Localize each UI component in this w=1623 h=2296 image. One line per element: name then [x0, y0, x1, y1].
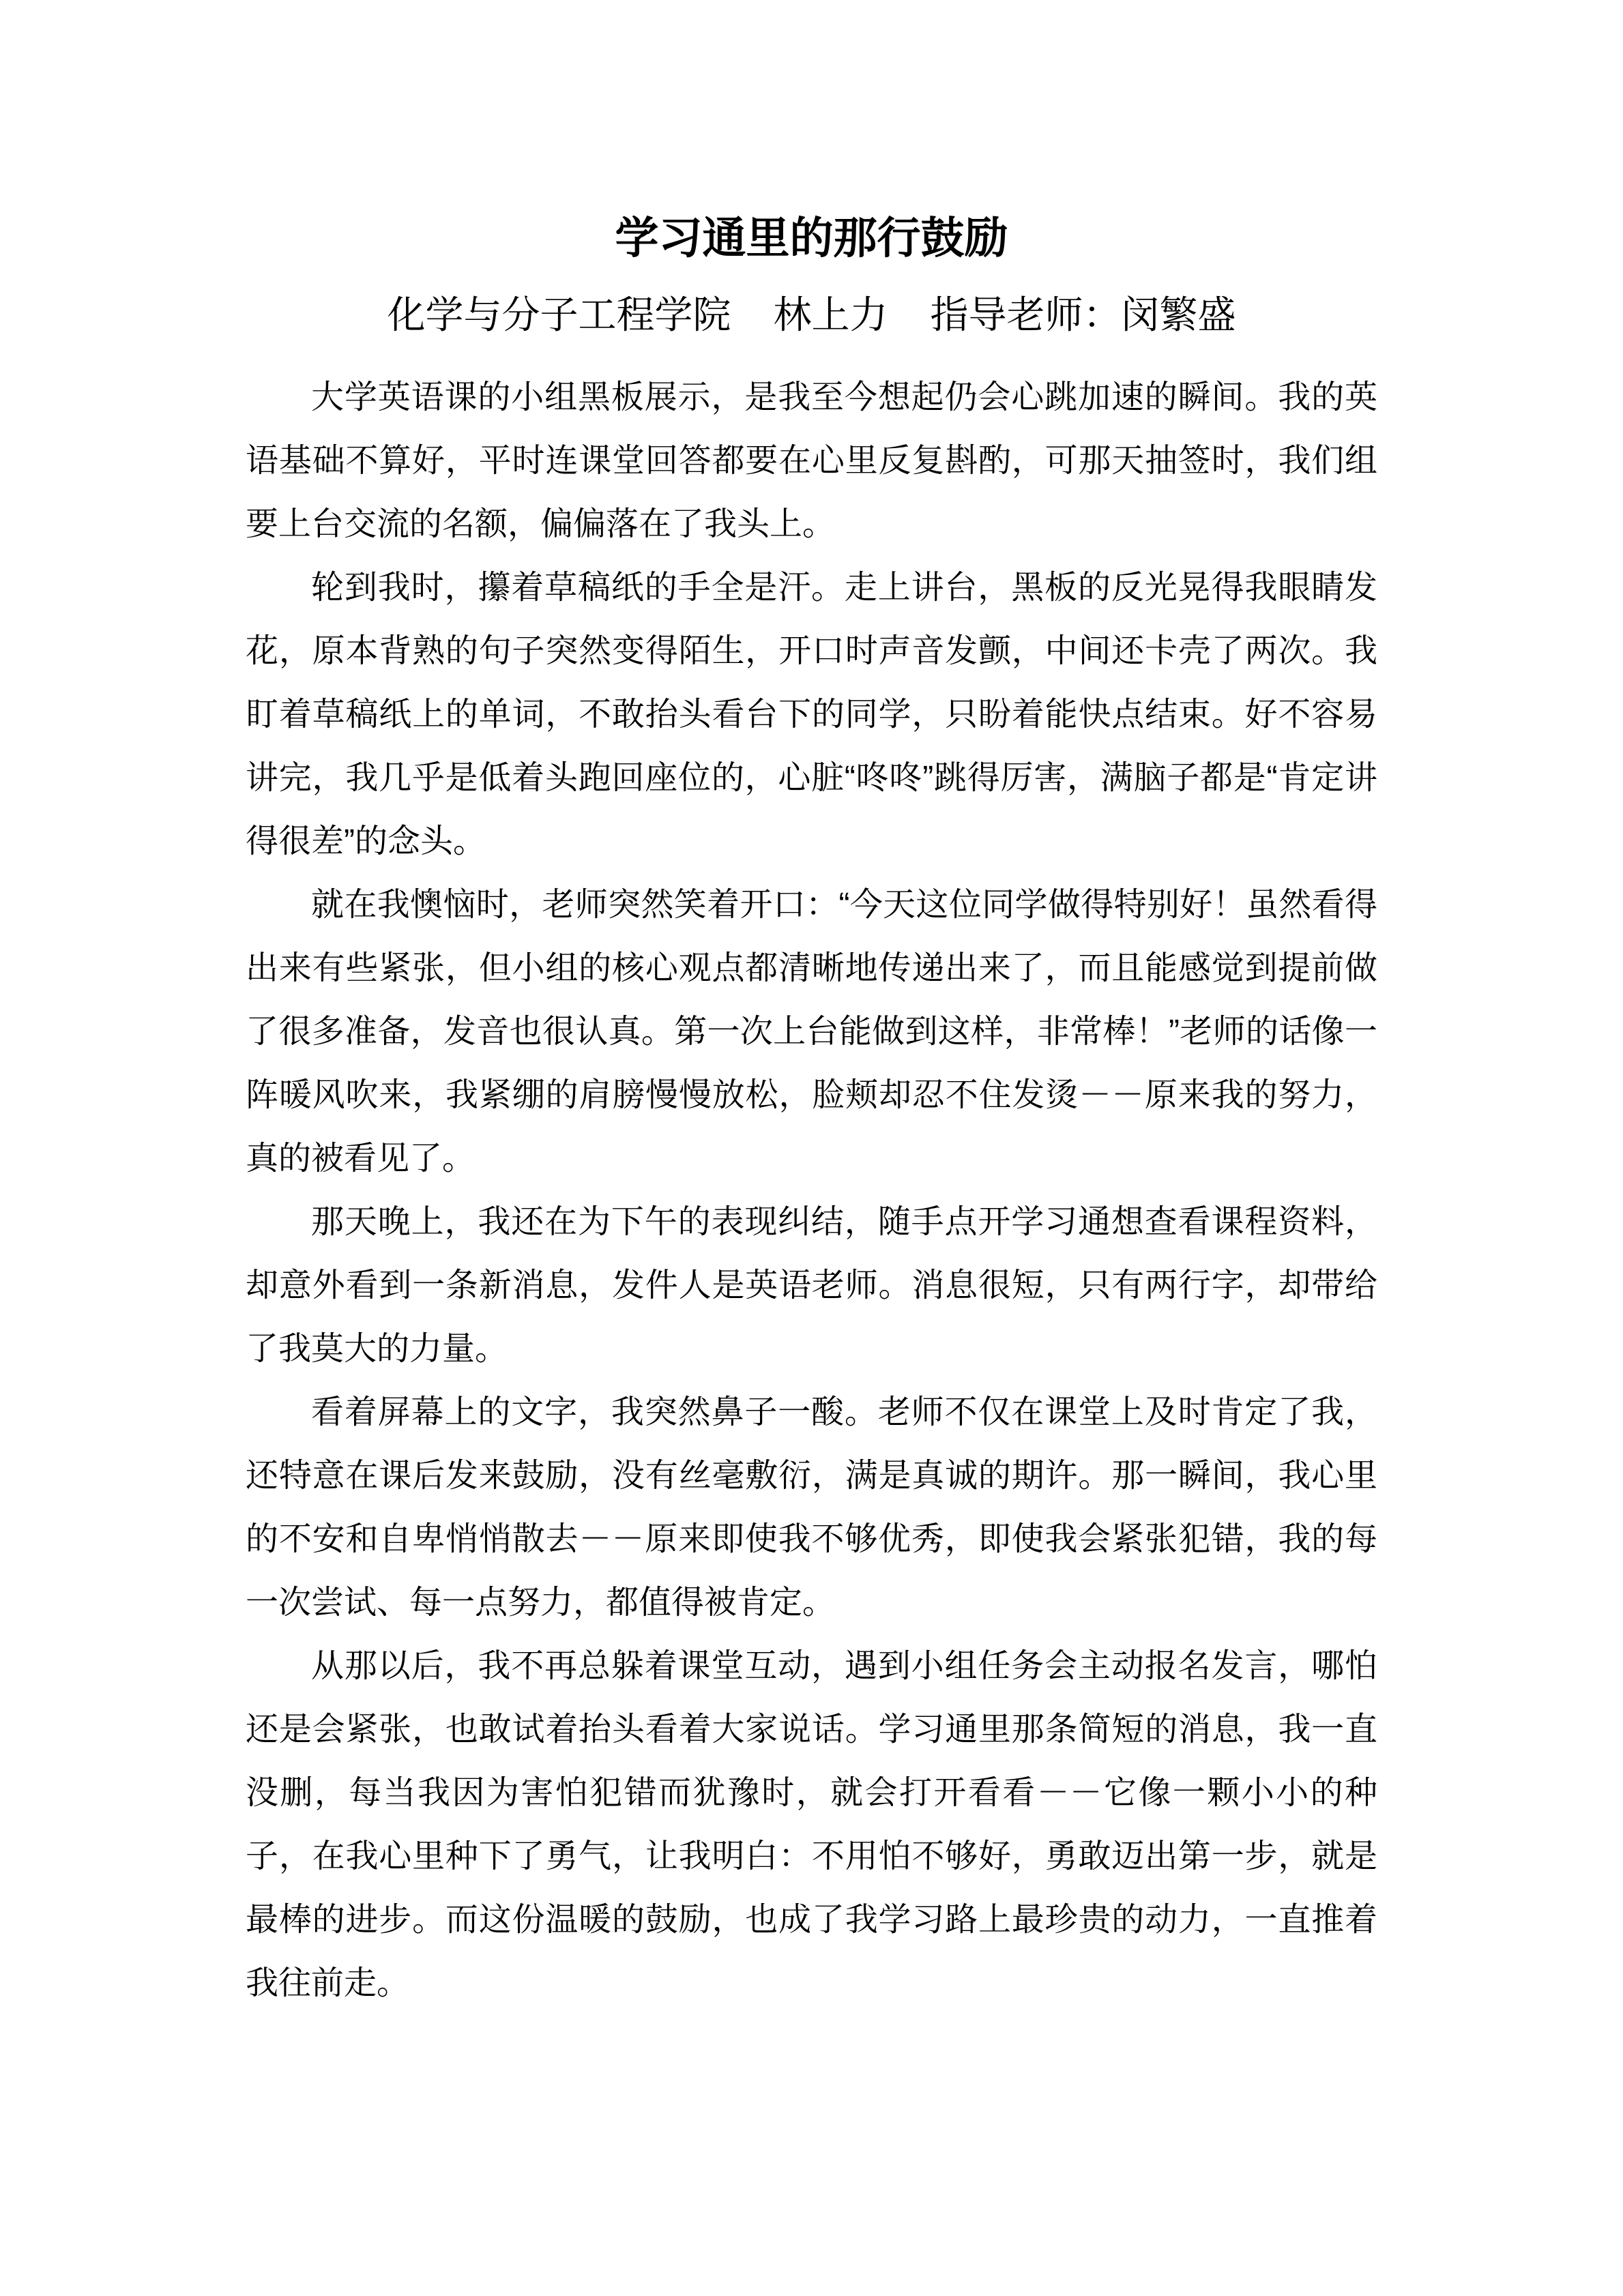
paragraph-4: 那天晚上，我还在为下午的表现纠结，随手点开学习通想查看课程资料，却意外看到一条新… [246, 1190, 1377, 1381]
paragraph-6: 从那以后，我不再总躲着课堂互动，遇到小组任务会主动报名发言，哪怕还是会紧张，也敢… [246, 1634, 1377, 2015]
byline: 化学与分子工程学院 林上力 指导老师：闵繁盛 [246, 290, 1377, 340]
document-body: 大学英语课的小组黑板展示，是我至今想起仍会心跳加速的瞬间。我的英语基础不算好，平… [246, 366, 1377, 2015]
document-title: 学习通里的那行鼓励 [246, 210, 1377, 267]
paragraph-2: 轮到我时，攥着草稿纸的手全是汗。走上讲台，黑板的反光晃得我眼睛发花，原本背熟的句… [246, 556, 1377, 873]
byline-affiliation: 化学与分子工程学院 [388, 290, 731, 340]
paragraph-5: 看着屏幕上的文字，我突然鼻子一酸。老师不仅在课堂上及时肯定了我，还特意在课后发来… [246, 1381, 1377, 1634]
paragraph-3: 就在我懊恼时，老师突然笑着开口：“今天这位同学做得特别好！虽然看得出来有些紧张，… [246, 873, 1377, 1190]
document-page: 学习通里的那行鼓励 化学与分子工程学院 林上力 指导老师：闵繁盛 大学英语课的小… [0, 0, 1623, 2296]
paragraph-1: 大学英语课的小组黑板展示，是我至今想起仍会心跳加速的瞬间。我的英语基础不算好，平… [246, 366, 1377, 556]
byline-advisor: 指导老师：闵繁盛 [931, 290, 1236, 340]
byline-author: 林上力 [774, 290, 888, 340]
